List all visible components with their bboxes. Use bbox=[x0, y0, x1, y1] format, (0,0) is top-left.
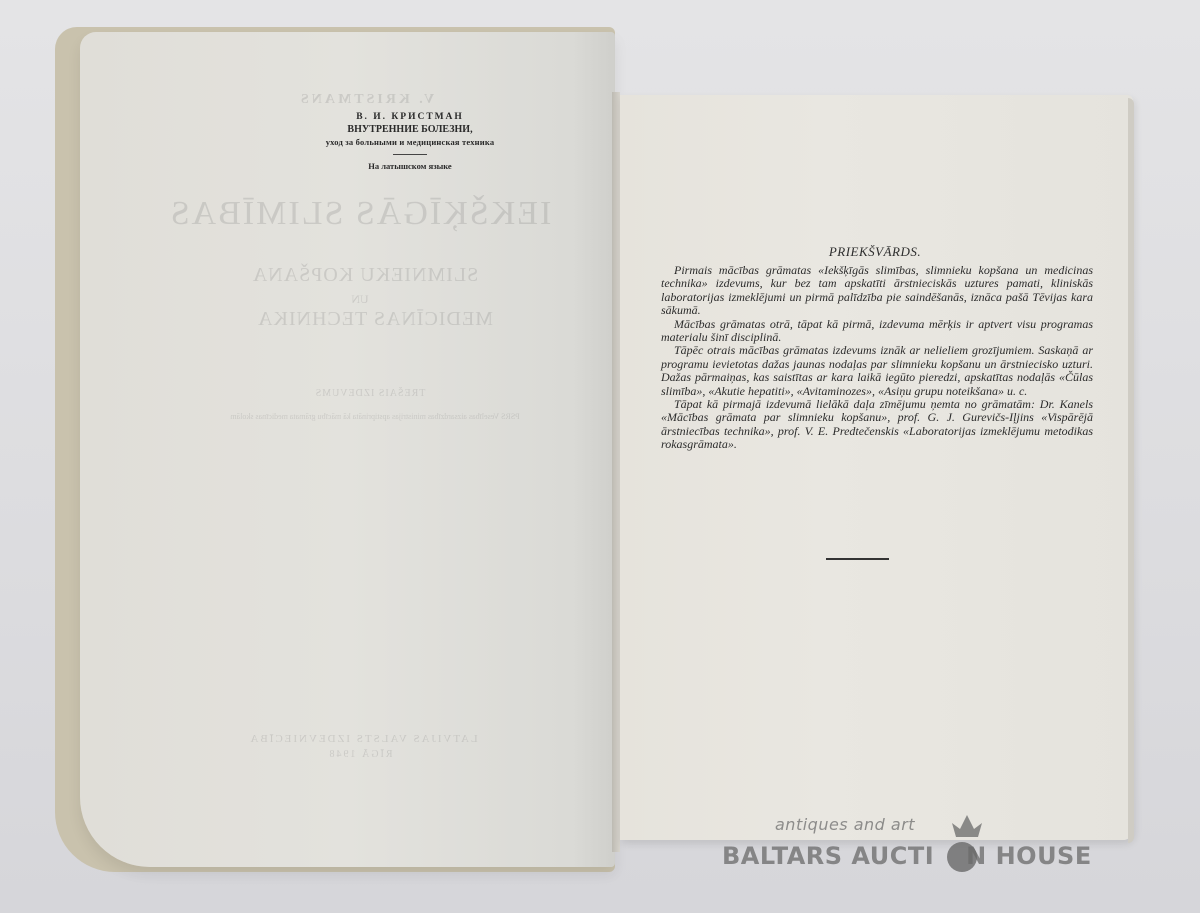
bleed-through-line2: SLIMNIEKU KOPŠANA bbox=[225, 264, 505, 287]
foreword-paragraph: Mācības grāmatas otrā, tāpat kā pirmā, i… bbox=[661, 318, 1093, 345]
russian-imprint: В. И. КРИСТМАН ВНУТРЕННИЕ БОЛЕЗНИ, уход … bbox=[290, 112, 530, 171]
watermark-tagline: antiques and art bbox=[775, 815, 915, 834]
foreword-heading: PRIEKŠVĀRDS. bbox=[650, 244, 1100, 260]
watermark-brand: BALTARS AUCTIN HOUSE bbox=[722, 842, 1092, 870]
bleed-through-line3: UN bbox=[330, 292, 390, 307]
foreword-paragraph: Pirmais mācības grāmatas «Iekšķīgās slim… bbox=[661, 264, 1093, 318]
bleed-through-edition: TREŠAIS IZDEVUMS bbox=[270, 388, 470, 399]
bleed-through-line4: MEDICĪNAS TECHNIKA bbox=[235, 308, 515, 331]
imprint-language-note: На латышском языке bbox=[290, 161, 530, 171]
watermark-brand-right: N HOUSE bbox=[966, 842, 1092, 870]
bleed-through-title: IEKŠĶĪGĀS SLIMĪBAS bbox=[165, 195, 555, 233]
foreword-paragraph: Tāpēc otrais mācības grāmatas izdevums i… bbox=[661, 344, 1093, 398]
right-page-edge bbox=[1128, 98, 1134, 843]
bleed-through-place-year: RĪGĀ 1948 bbox=[320, 749, 400, 760]
watermark-brand-left: BALTARS AUCTI bbox=[722, 842, 934, 870]
foreword-paragraph: Tāpat kā pirmajā izdevumā lielākā daļa z… bbox=[661, 398, 1093, 452]
imprint-subtitle: уход за больными и медицинская техника bbox=[290, 137, 530, 147]
imprint-author: В. И. КРИСТМАН bbox=[290, 112, 530, 122]
bleed-through-approval: PSRS Veselības aizsardzības ministrijas … bbox=[225, 412, 525, 422]
imprint-title: ВНУТРЕННИЕ БОЛЕЗНИ, bbox=[290, 124, 530, 135]
foreword-body: Pirmais mācības grāmatas «Iekšķīgās slim… bbox=[661, 264, 1093, 452]
watermark-orb-icon bbox=[947, 842, 977, 872]
bleed-through-author: V. KRISTMANS bbox=[298, 92, 434, 108]
imprint-divider bbox=[393, 154, 427, 155]
right-page bbox=[620, 95, 1133, 840]
bleed-through-publisher: LATVIJAS VALSTS IZDEVNIECĪBA bbox=[238, 733, 488, 745]
book-gutter bbox=[612, 92, 620, 852]
foreword-end-rule bbox=[826, 558, 889, 560]
crown-icon bbox=[950, 815, 984, 837]
